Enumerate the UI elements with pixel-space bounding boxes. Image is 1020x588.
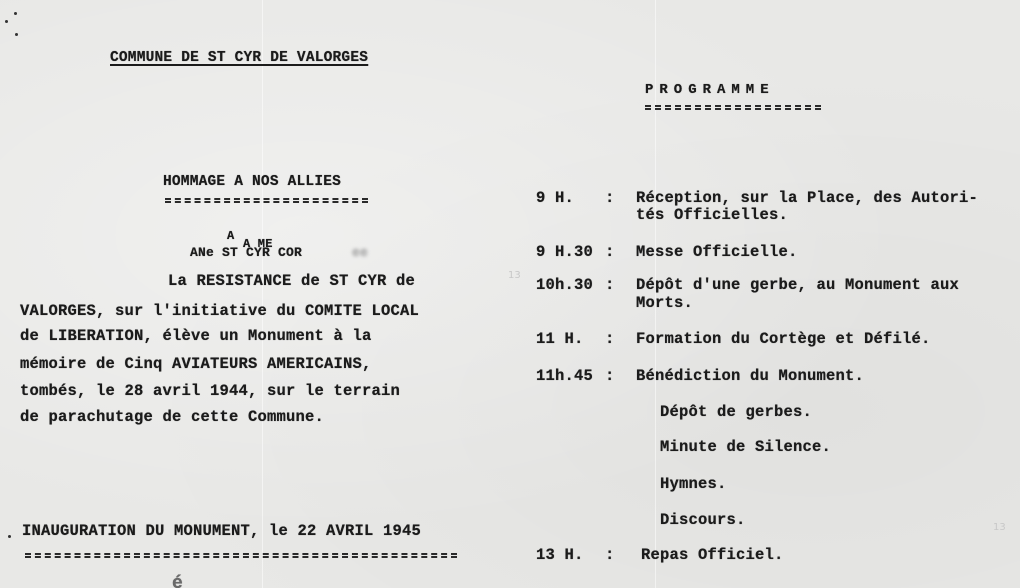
commune-header: COMMUNE DE ST CYR DE VALORGES: [110, 50, 368, 66]
paragraph-line: tombés, le 28 avril 1944, sur le terrain: [20, 382, 400, 400]
programme-time: 10h.30: [536, 276, 593, 294]
scan-speck: [5, 20, 8, 23]
programme-title: PROGRAMME: [645, 82, 775, 98]
programme-separator: :: [605, 243, 615, 261]
paragraph-line: La RESISTANCE de ST CYR de: [168, 272, 415, 290]
hommage-title: HOMMAGE A NOS ALLIES: [163, 174, 341, 190]
inauguration-rule: [25, 553, 457, 558]
programme-separator: :: [605, 546, 615, 564]
page-mark: 13: [508, 270, 521, 281]
programme-rule: [645, 105, 821, 110]
programme-subitem: Dépôt de gerbes.: [660, 403, 812, 421]
programme-separator: :: [605, 276, 615, 294]
programme-text: Messe Officielle.: [636, 243, 798, 261]
programme-text: Repas Officiel.: [641, 546, 784, 564]
programme-separator: :: [605, 330, 615, 348]
programme-text: Dépôt d'une gerbe, au Monument aux: [636, 276, 959, 294]
scan-fold-line: [262, 0, 263, 588]
scanned-page: COMMUNE DE ST CYR DE VALORGES HOMMAGE A …: [0, 0, 1020, 588]
bottom-mark: é: [172, 574, 183, 588]
overstrike-line: ANe ST CYR COR: [190, 245, 302, 260]
programme-text: tés Officielles.: [636, 206, 788, 224]
programme-time: 11h.45: [536, 367, 593, 385]
scan-speck: [15, 33, 18, 36]
programme-time: 9 H.30: [536, 243, 593, 261]
inauguration-line: INAUGURATION DU MONUMENT, le 22 AVRIL 19…: [22, 522, 421, 540]
overstrike-blurred: ee: [352, 245, 368, 260]
programme-subitem: Hymnes.: [660, 475, 727, 493]
paragraph-line: de LIBERATION, élève un Monument à la: [20, 327, 372, 345]
programme-text: Réception, sur la Place, des Autori-: [636, 189, 978, 207]
page-mark: 13: [993, 522, 1006, 533]
programme-time: 11 H.: [536, 330, 584, 348]
overstrike-super: A: [227, 229, 234, 243]
programme-separator: :: [605, 367, 615, 385]
paragraph-line: mémoire de Cinq AVIATEURS AMERICAINS,: [20, 355, 372, 373]
programme-text: Bénédiction du Monument.: [636, 367, 864, 385]
paragraph-line: de parachutage de cette Commune.: [20, 408, 324, 426]
programme-subitem: Discours.: [660, 511, 746, 529]
programme-separator: :: [605, 189, 615, 207]
scan-speck: [14, 12, 17, 15]
programme-time: 9 H.: [536, 189, 574, 207]
title-rule: [165, 198, 368, 203]
programme-time: 13 H.: [536, 546, 584, 564]
programme-subitem: Minute de Silence.: [660, 438, 831, 456]
paragraph-line: VALORGES, sur l'initiative du COMITE LOC…: [20, 302, 419, 320]
programme-text: Morts.: [636, 294, 693, 312]
scan-speck: [8, 535, 11, 538]
programme-text: Formation du Cortège et Défilé.: [636, 330, 931, 348]
